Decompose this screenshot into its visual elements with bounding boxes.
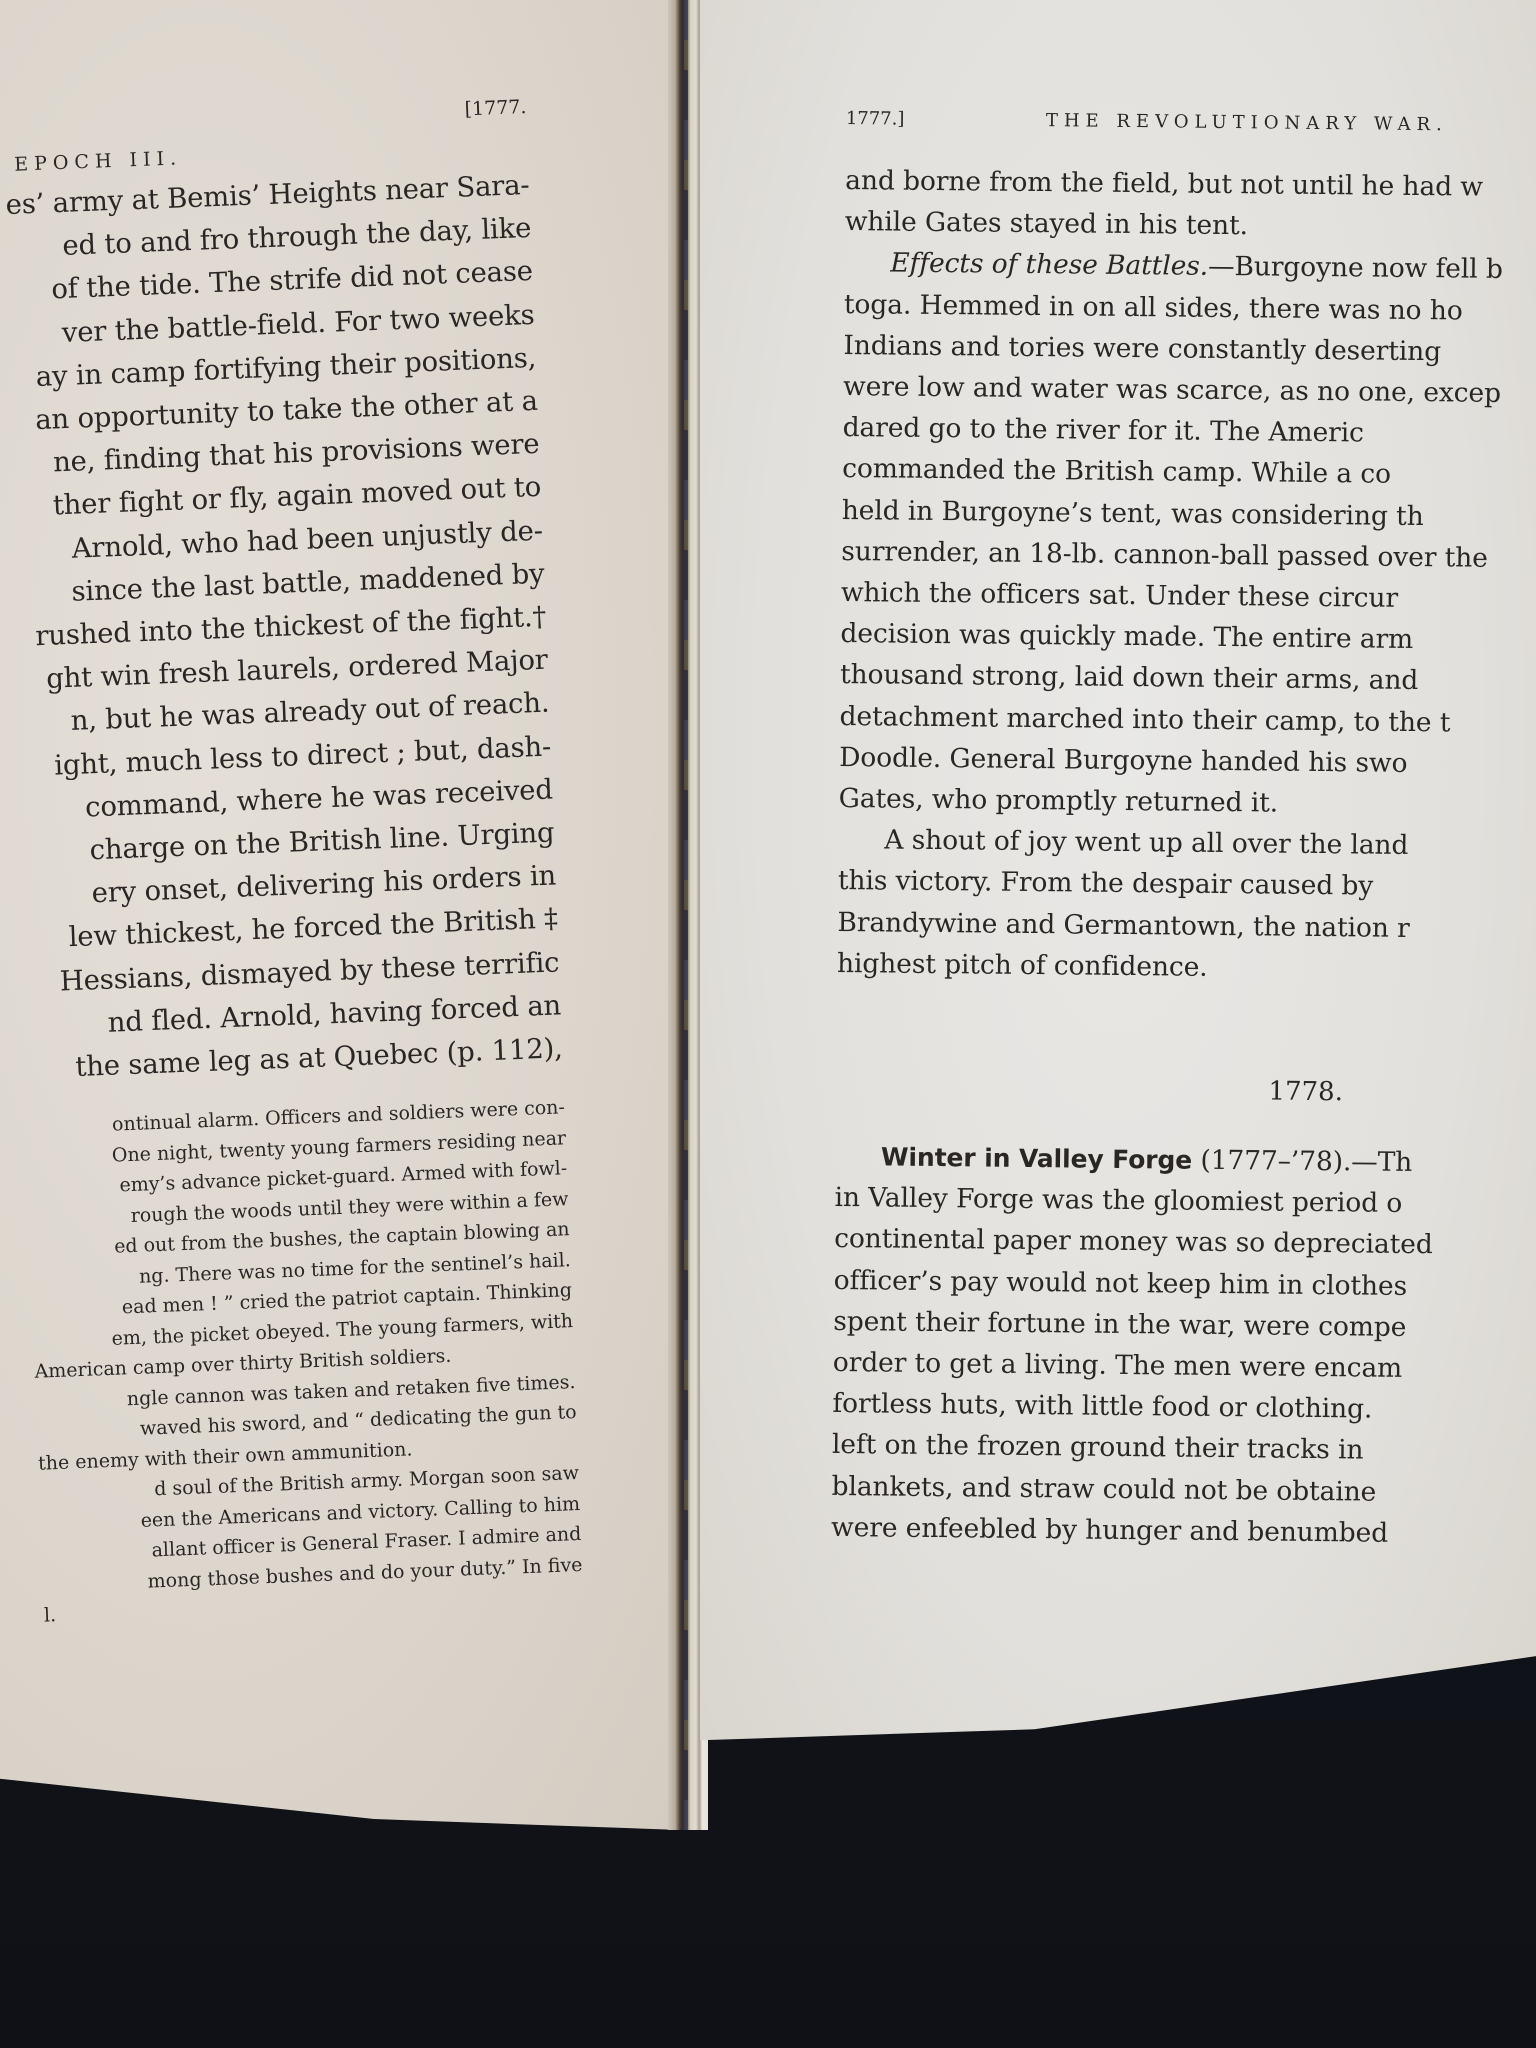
right-body-text: and borne from the field, but not until …	[837, 160, 1536, 992]
effects-first-line: —Burgoyne now fell b	[1208, 251, 1503, 285]
body-line: were enfeebled by hunger and benumbed	[831, 1507, 1536, 1556]
body-line: highest pitch of confidence.	[837, 943, 1536, 992]
epoch-label: EPOCH III.	[0, 147, 182, 176]
left-page-year: [1777.	[464, 96, 527, 120]
left-body-text: es’ army at Bemis’ Heights near Sara- ed…	[0, 164, 563, 1091]
valley-forge-section: Winter in Valley Forge (1777–’78).—Th in…	[831, 1136, 1536, 1556]
spine-crack	[684, 0, 688, 1830]
right-page-content: 1777.] THE REVOLUTIONARY WAR. and borne …	[831, 108, 1536, 1556]
effects-heading: Effects of these Battles.	[890, 248, 1208, 282]
valley-forge-heading: Winter in Valley Forge	[881, 1142, 1192, 1174]
right-page-year: 1777.]	[846, 108, 1046, 131]
open-book-photo: EPOCH III. [1777. es’ army at Bemis’ Hei…	[0, 0, 1536, 2048]
left-page-content: EPOCH III. [1777. es’ army at Bemis’ Hei…	[0, 96, 584, 1631]
right-running-head: 1777.] THE REVOLUTIONARY WAR.	[845, 108, 1536, 168]
footnotes: ontinual alarm. Officers and soldiers we…	[25, 1093, 585, 1632]
section-year-heading: 1778.	[1016, 1074, 1536, 1110]
valley-forge-dates: (1777–’78).—Th	[1192, 1145, 1412, 1178]
left-running-head: EPOCH III. [1777.	[0, 96, 528, 177]
left-page: EPOCH III. [1777. es’ army at Bemis’ Hei…	[0, 0, 680, 1830]
running-title: THE REVOLUTIONARY WAR.	[1046, 110, 1448, 135]
